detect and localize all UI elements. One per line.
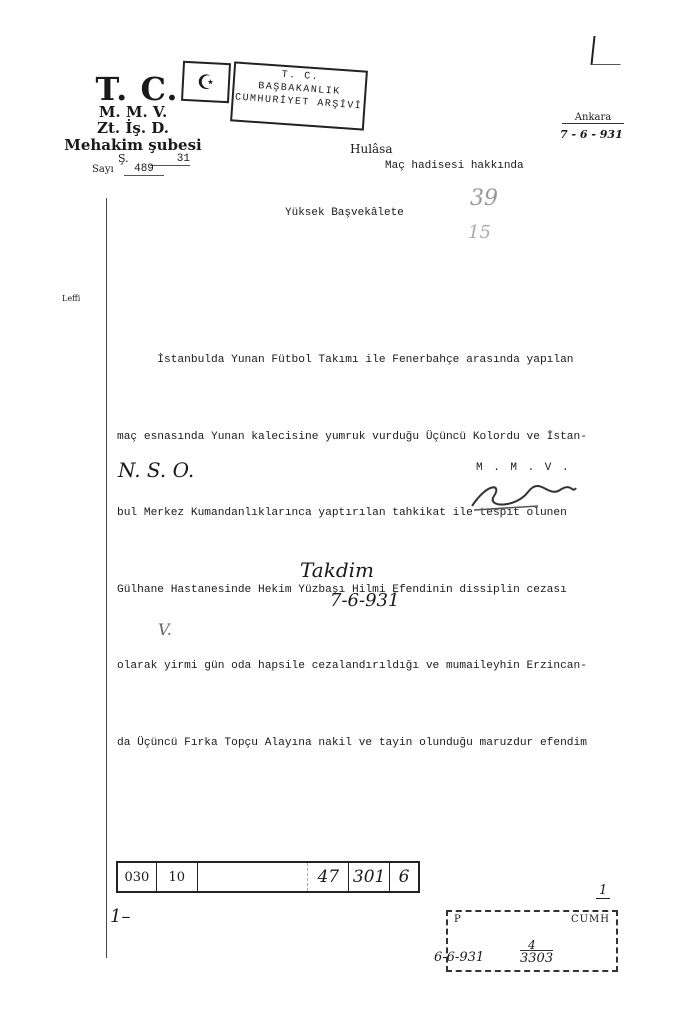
archive-stamp: T. C. BAŞBAKANLIK CUMHURİYET ARŞİVİ <box>230 61 368 130</box>
section-line: Mehakim şubesi <box>48 137 218 153</box>
crescent-star-icon: ☪ <box>196 69 215 95</box>
summary-label: Hulâsa <box>350 142 393 156</box>
ref-cell: 47 <box>308 863 349 891</box>
body-line: İstanbulda Yunan Fütbol Takımı ile Fener… <box>117 348 677 374</box>
takdim-date: 7-6-931 <box>330 590 399 611</box>
receipt-serial: 3303 <box>520 950 553 966</box>
department-line: Zt. İş. D. <box>48 120 218 136</box>
margin-note: Leffi <box>62 294 80 303</box>
handwritten-note: N. S. O. <box>118 458 194 482</box>
body-line: olarak yirmi gün oda hapsile cezalandırı… <box>117 654 677 680</box>
pencil-mark: V. <box>158 620 172 639</box>
place-label: Ankara <box>562 112 624 124</box>
takdim-note: Takdim <box>300 558 374 582</box>
sayi-label: Sayı <box>92 164 114 175</box>
ref-cell: 030 <box>118 863 157 891</box>
signature-icon <box>468 478 578 514</box>
ministry-line: M. M. V. <box>48 104 218 120</box>
pencil-number: 39 <box>470 186 498 211</box>
summary-subject: Maç hadisesi hakkında <box>385 160 524 172</box>
ref-cell: 301 <box>349 863 390 891</box>
sayi-value: 489 <box>124 163 164 176</box>
body-line: da Üçüncü Fırka Topçu Alayına nakil ve t… <box>117 731 677 757</box>
crescent-star-stamp: ☪ <box>181 61 231 103</box>
handwritten-corner-mark <box>590 36 623 65</box>
document-date: 7 - 6 - 931 <box>560 128 623 141</box>
recipient: Yüksek Başvekâlete <box>285 207 404 219</box>
body-line: maç esnasında Yunan kalecisine yumruk vu… <box>117 425 677 451</box>
ref-cell: 10 <box>157 863 198 891</box>
signature-mark <box>468 478 578 521</box>
receipt-text: CUMH <box>571 914 610 925</box>
receipt-date: 6-6-931 <box>434 950 484 965</box>
ref-cell <box>198 863 309 891</box>
page-mark: 1– <box>110 906 130 927</box>
pencil-number: 15 <box>468 222 491 243</box>
ref-cell: 6 <box>390 863 418 891</box>
right-number: 1 <box>596 883 610 899</box>
signatory: M . M . V . <box>476 462 571 474</box>
receipt-letter: P <box>454 914 461 925</box>
body-line: bul Merkez Kumandanlıklarınca yaptırılan… <box>117 501 677 527</box>
margin-rule <box>106 198 107 958</box>
letter-body: İstanbulda Yunan Fütbol Takımı ile Fener… <box>117 297 677 782</box>
reference-box: 030 10 47 301 6 <box>116 861 420 893</box>
